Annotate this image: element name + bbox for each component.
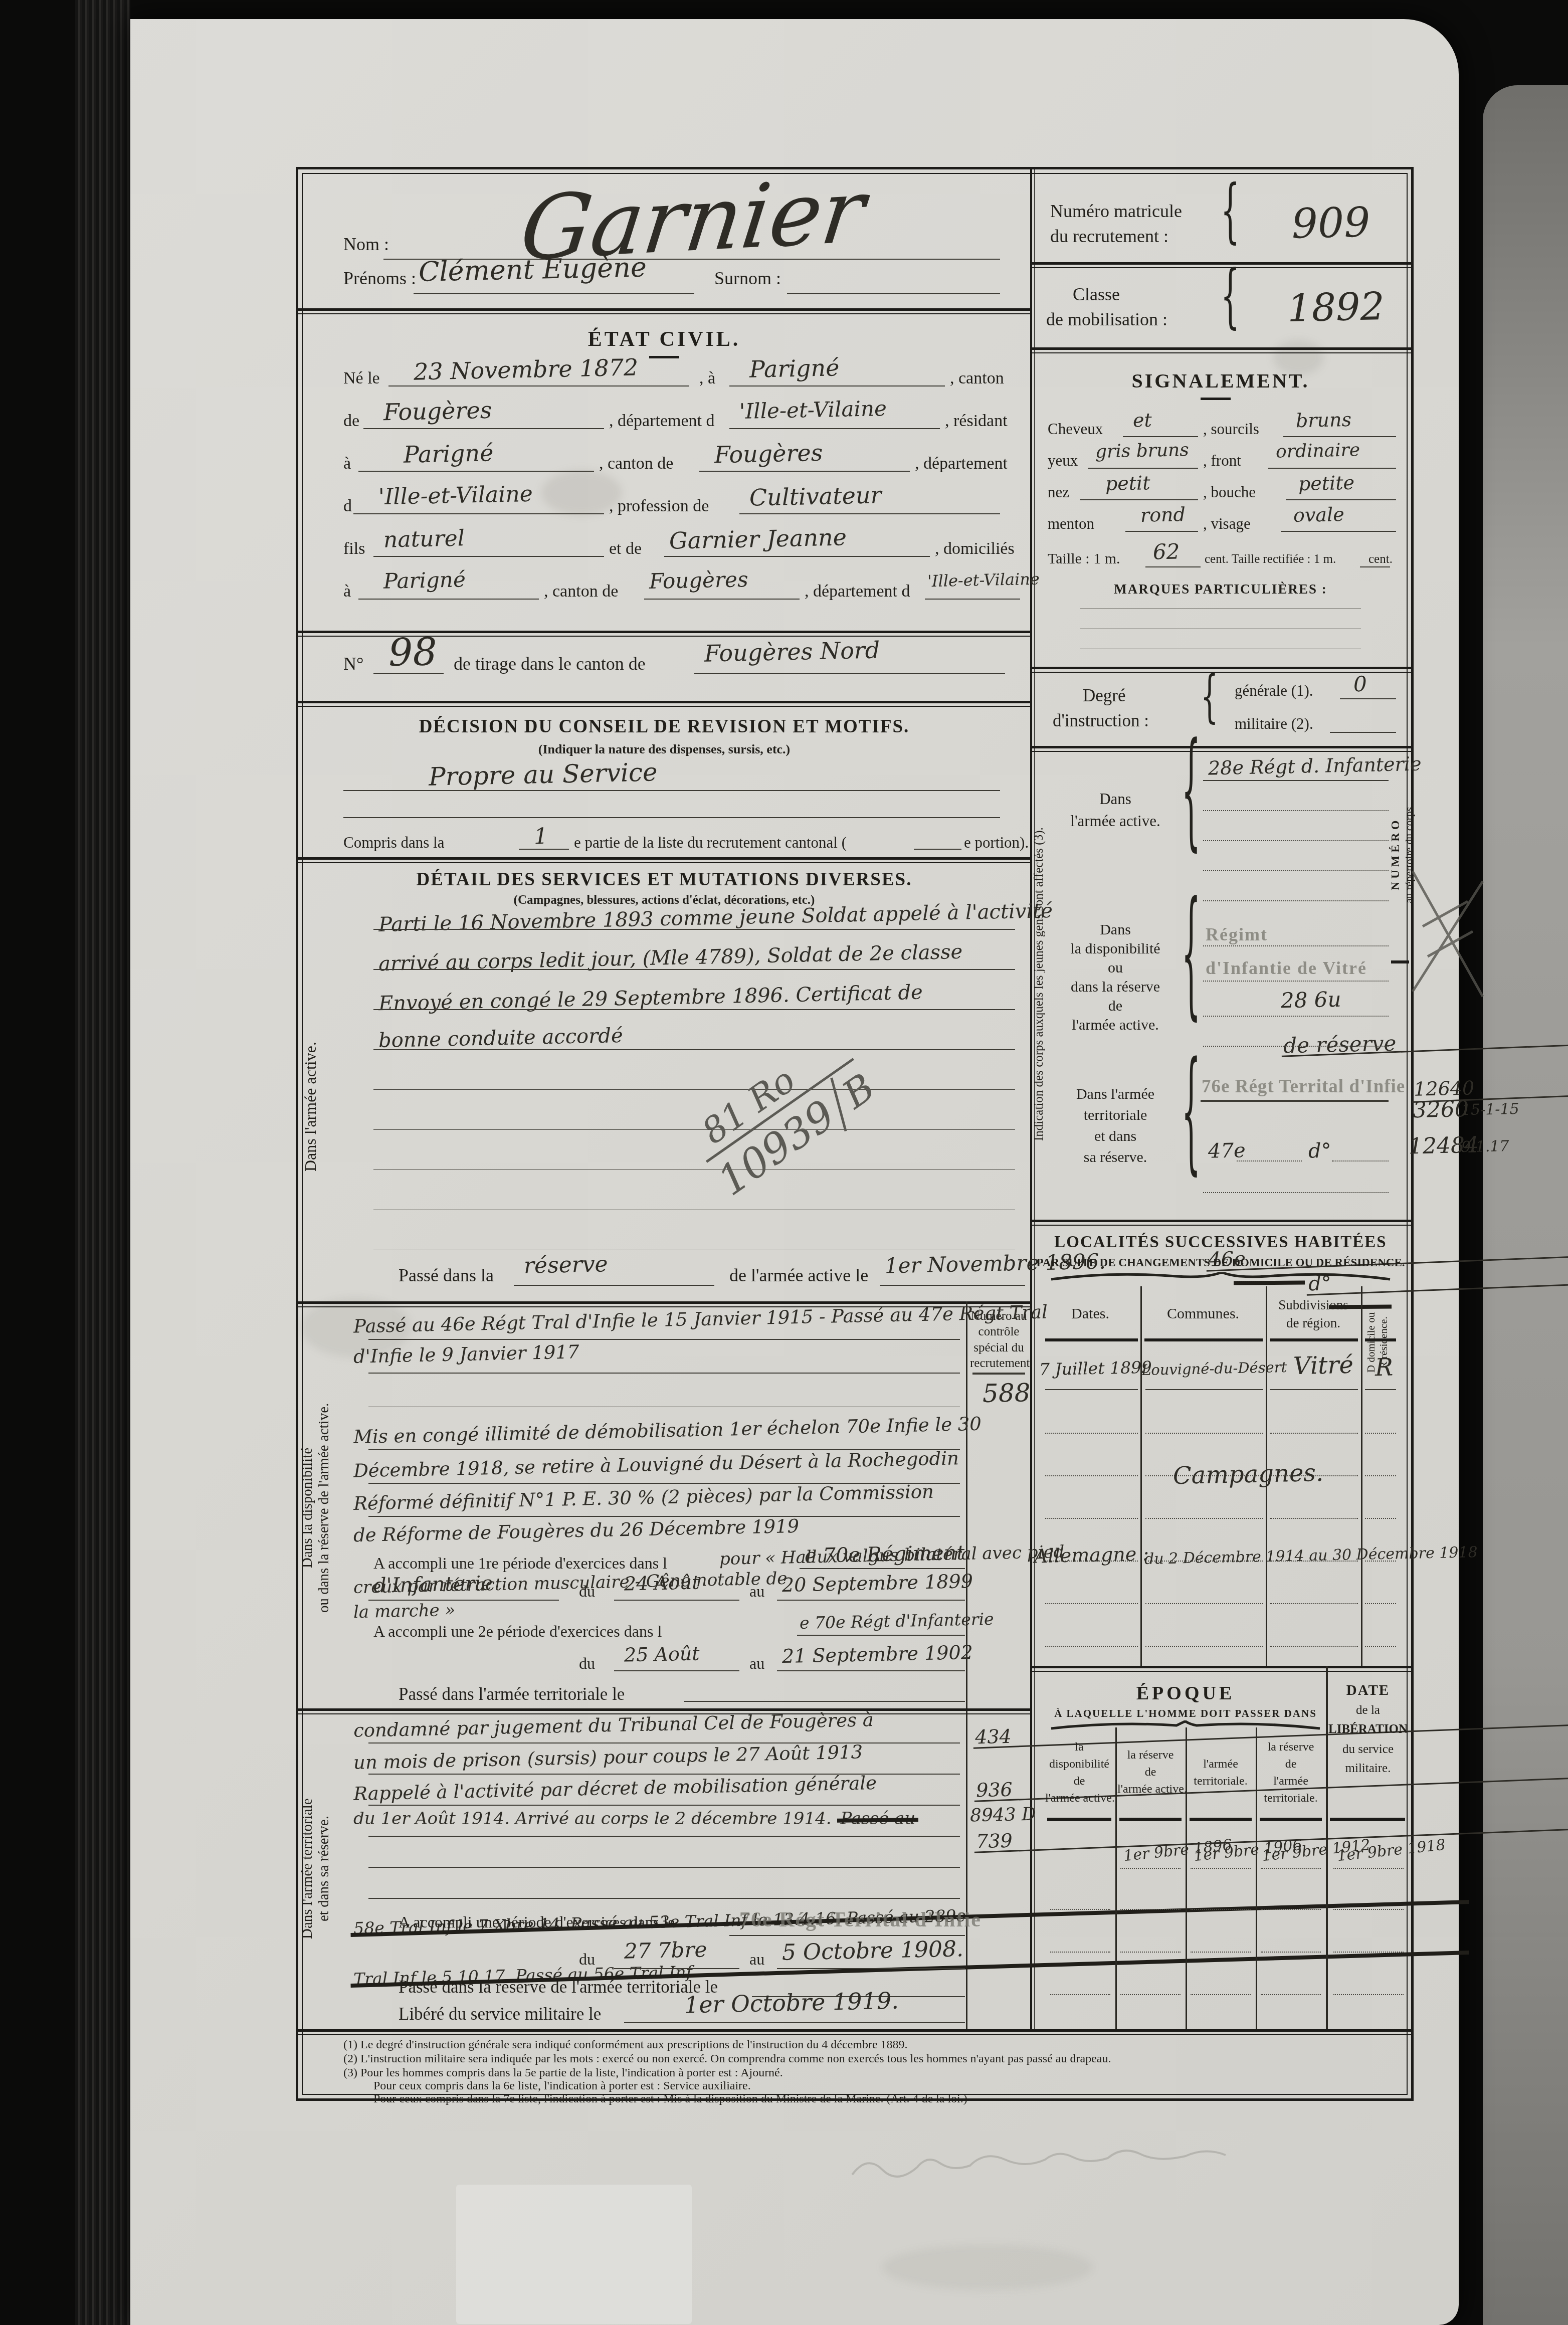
- ruled-line: [373, 1089, 1015, 1090]
- decision-line: [343, 817, 1000, 818]
- sig-nez-label: nez: [1048, 483, 1069, 501]
- ruled-line: [368, 1373, 960, 1374]
- tirage-no-label: N°: [343, 653, 363, 674]
- epoque-line: [1261, 1909, 1321, 1910]
- corps-g3-label-2: territoriale: [1050, 1107, 1181, 1124]
- tirage-value: 98: [388, 629, 438, 675]
- ec-l1-label3: , canton: [950, 369, 1004, 388]
- localites-col-divider: [1140, 1286, 1142, 1666]
- ec-l2-label2: , département d: [609, 412, 715, 431]
- corps-g2-label-3: ou: [1050, 959, 1181, 977]
- faint-pencil-note: [847, 2145, 1308, 2195]
- corps-g3-label-3: et dans: [1050, 1128, 1181, 1145]
- localites-line: [1270, 1518, 1358, 1519]
- epoque-line: [1191, 1868, 1251, 1869]
- epoque-line: [1050, 1994, 1110, 1995]
- corps-g1-value: 28e Régt d. Infanterie: [1208, 753, 1422, 780]
- epoque-line: [1050, 1952, 1110, 1953]
- ec-l4-hand2: Cultivateur: [749, 481, 882, 511]
- epoque-c3-2: territoriale.: [1188, 1775, 1254, 1788]
- corps-g2-label-5: de: [1050, 998, 1181, 1015]
- dispo-hand-2a: Mis en congé illimité de démobilisation …: [353, 1413, 982, 1448]
- compris-label1: Compris dans la: [343, 834, 445, 852]
- epoque-line: [1120, 1952, 1181, 1953]
- pencil-cross-mark: [1408, 866, 1488, 1007]
- instruction-generale-value: 0: [1353, 672, 1367, 697]
- services-hand-2: arrivé au corps ledit jour, (Mle 4789), …: [378, 940, 963, 976]
- ruled-line: [373, 1049, 1015, 1050]
- sig-menton-label: menton: [1048, 515, 1094, 533]
- passe-line: [880, 1285, 1025, 1286]
- decision-line: [343, 790, 1000, 791]
- footnote-2: (2) L'instruction militaire sera indiqué…: [343, 2052, 1111, 2066]
- passe-reserve-label2: de l'armée active le: [729, 1265, 868, 1286]
- services-title: DÉTAIL DES SERVICES ET MUTATIONS DIVERSE…: [298, 869, 1030, 890]
- corps-g1-label-2: l'armée active.: [1050, 812, 1181, 830]
- section-rule: [298, 701, 1030, 707]
- epoque-c2-2: de: [1117, 1766, 1184, 1779]
- classe-value: 1892: [1275, 283, 1397, 330]
- periode1-du: du: [579, 1582, 595, 1601]
- passe-reserve-label1: Passé dans la: [399, 1265, 494, 1286]
- signature-nom: Garnier: [515, 160, 870, 280]
- terr-hand-4a: du 1er Août 1914. Arrivé au corps le 2 d…: [353, 1809, 831, 1829]
- corps-g2-stamp-1: Régimt: [1206, 924, 1268, 945]
- dispo-hand-2b: Décembre 1918, se retire à Louvigné du D…: [353, 1447, 959, 1481]
- periode1-to: 20 Septembre 1899: [782, 1570, 973, 1596]
- ruled-line: [614, 1968, 739, 1969]
- ec-line: [353, 513, 604, 514]
- ec-l4-label2: , profession de: [609, 497, 709, 516]
- localites-line: [1365, 1518, 1396, 1519]
- localites-head-rule: [1144, 1338, 1263, 1341]
- matricule-value: 909: [1265, 198, 1397, 248]
- ec-line: [358, 471, 594, 472]
- epoque-line: [1261, 1868, 1321, 1869]
- epoque-line: [1261, 1994, 1321, 1995]
- localites-line: [1365, 1603, 1396, 1604]
- ec-line: [925, 599, 1020, 600]
- periode-terr-du: du: [579, 1950, 595, 1969]
- ec-line: [729, 428, 940, 429]
- epoque-line: [1333, 1952, 1404, 1953]
- localites-line: [1045, 1433, 1138, 1434]
- side-label-corps: Indication des corps auxquels les jeunes…: [1032, 751, 1048, 1217]
- localites-line: [1365, 1475, 1396, 1476]
- corps-g2-stamp-2: d'Infantie de Vitré: [1206, 957, 1367, 979]
- localites-line: [1270, 1603, 1358, 1604]
- ec-l2-hand1: Fougères: [383, 397, 492, 426]
- sig-line: [1080, 499, 1198, 500]
- localites-row-dr: R: [1375, 1353, 1393, 1382]
- epoque-c2-1: la réserve: [1117, 1749, 1184, 1762]
- sig-cheveux-value: et: [1133, 409, 1152, 432]
- periode-terr-from: 27 7bre: [624, 1937, 707, 1963]
- ec-l5-hand1: naturel: [383, 525, 465, 552]
- sig-front-value: ordinaire: [1276, 440, 1360, 462]
- sig-visage-value: ovale: [1293, 503, 1345, 526]
- corps-g2-label-4: dans la réserve: [1050, 979, 1181, 996]
- sig-line: [1125, 531, 1198, 532]
- ruled-line: [624, 2022, 965, 2023]
- corps-47-dito: d°: [1308, 1139, 1332, 1163]
- sig-nez-value: petit: [1105, 472, 1150, 495]
- campagne-pays: Allemagne :: [1034, 1543, 1149, 1568]
- marques-line: [1080, 629, 1361, 629]
- sig-sourcils-value: bruns: [1296, 409, 1352, 432]
- ec-l3-hand2: Fougères: [714, 439, 823, 469]
- sig-line: [1123, 436, 1198, 437]
- pencil-registry-mark: 81 Ro 10939 B: [682, 1024, 886, 1208]
- libere-value: 1er Octobre 1919.: [684, 1987, 899, 2019]
- ec-line: [699, 471, 910, 472]
- localites-head-rule: [1270, 1338, 1358, 1341]
- numero-corps-1: NUMÉRO: [1389, 753, 1403, 954]
- localites-line: [1045, 1646, 1138, 1647]
- epoque-date-5: militaire.: [1328, 1762, 1408, 1776]
- corps-line: [1203, 870, 1389, 871]
- periode2-hand: e 70e Régt d'Infanterie: [800, 1609, 994, 1633]
- ec-l2-label1: de: [343, 412, 359, 431]
- epoque-c2-3: l'armée active.: [1117, 1783, 1184, 1796]
- epoque-line: [1191, 1994, 1251, 1995]
- margin-number-4: 8943 D: [970, 1804, 1037, 1826]
- instruction-label-1: Degré: [1083, 686, 1126, 706]
- section-rule: [298, 857, 1030, 863]
- ec-line: [388, 385, 689, 386]
- footnote-4: Pour ceux compris dans la 6e liste, l'in…: [373, 2079, 751, 2093]
- localites-line: [1145, 1518, 1263, 1519]
- periode1-from: 24 Août: [624, 1571, 700, 1595]
- epoque-c1-4: l'armée active.: [1045, 1792, 1113, 1805]
- surnom-label: Surnom :: [714, 268, 781, 289]
- ec-l5-label1: fils: [343, 539, 365, 558]
- sig-line: [1283, 436, 1396, 437]
- passe-line: [514, 1285, 714, 1286]
- libere-label: Libéré du service militaire le: [399, 2004, 601, 2024]
- paper-stain: [882, 2245, 1093, 2290]
- tirage-line: [694, 673, 1005, 674]
- ec-line: [373, 556, 604, 557]
- periode-terr-stamp: 76e Régt Territal d'Infie: [739, 1908, 982, 1932]
- corps-g1-label-1: Dans: [1050, 790, 1181, 808]
- localites-row-date: 7 Juillet 1899: [1039, 1358, 1152, 1380]
- ec-line: [739, 513, 1000, 514]
- ruled-line: [373, 1210, 1015, 1210]
- epoque-line: [1191, 1909, 1251, 1910]
- localites-col-dates: Dates.: [1045, 1305, 1135, 1322]
- ec-l3-label3: , département: [915, 454, 1008, 473]
- localites-head-rule: [1365, 1338, 1396, 1341]
- localites-line: [1270, 1646, 1358, 1647]
- localites-line: [1145, 1389, 1263, 1390]
- epoque-line: [1120, 1868, 1181, 1869]
- ruled-line: [368, 1898, 960, 1899]
- epoque-subtitle: À LAQUELLE L'HOMME DOIT PASSER DANS: [1045, 1707, 1326, 1720]
- side-label-armee-active: Dans l'armée active.: [301, 951, 321, 1262]
- services-hand-3: Envoyé en congé le 29 Septembre 1896. Ce…: [378, 981, 923, 1016]
- periode2-to: 21 Septembre 1902: [782, 1641, 973, 1667]
- ruled-line: [368, 1339, 960, 1340]
- ec-l3-label1: à: [343, 454, 351, 473]
- ec-l6-label3: , département d: [805, 582, 910, 601]
- sig-cheveux-label: Cheveux: [1048, 420, 1103, 438]
- localites-line: [1365, 1433, 1396, 1434]
- compris-line: [519, 849, 569, 850]
- corps-line: [1203, 945, 1389, 946]
- compris-value: 1: [533, 824, 548, 850]
- passe-reserve-terr-label: Passé dans la réserve de l'armée territo…: [399, 1977, 718, 1997]
- localites-title-2: PAR SUITE DE CHANGEMENTS DE DOMICILE OU …: [1030, 1256, 1411, 1269]
- dispo-hand-3a: Réformé définitif N°1 P. E. 30 % (2 pièc…: [353, 1481, 934, 1514]
- ruled-line: [373, 1170, 1015, 1170]
- epoque-line: [1261, 1952, 1321, 1953]
- marques-line: [1080, 609, 1361, 609]
- ec-l2-label3: , résidant: [945, 412, 1008, 431]
- epoque-line: [1120, 1909, 1181, 1910]
- epoque-col-divider: [1256, 1727, 1257, 2029]
- epoque-c4-4: territoriale.: [1258, 1792, 1324, 1805]
- epoque-c1-2: disponibilité: [1045, 1758, 1113, 1771]
- campagne-dates: du 2 Décembre 1914 au 30 Décembre 1918: [1144, 1543, 1478, 1568]
- taille-cent-label: cent.: [1368, 552, 1393, 566]
- signalement-title: SIGNALEMENT.: [1030, 369, 1411, 393]
- localites-line: [1045, 1518, 1138, 1519]
- ruled-line: [373, 929, 1015, 930]
- sig-visage-label: , visage: [1203, 515, 1251, 533]
- epoque-c4-3: l'armée: [1258, 1775, 1324, 1788]
- periode2-from: 25 Août: [624, 1642, 700, 1666]
- compris-label3: e portion).: [964, 834, 1029, 852]
- localites-col-subdiv-1: Subdivisions: [1268, 1297, 1358, 1313]
- epoque-col-divider: [1186, 1727, 1187, 2029]
- localites-col-subdiv-2: de région.: [1268, 1315, 1358, 1331]
- ec-l5-label2: et de: [609, 539, 642, 558]
- corps-g3-brace: {: [1182, 1035, 1201, 1189]
- epoque-line: [1333, 1994, 1404, 1995]
- marques-label: MARQUES PARTICULIÈRES :: [1030, 582, 1411, 597]
- right-rule: [1030, 347, 1411, 353]
- adjacent-page-edge: [1483, 85, 1568, 2325]
- ec-l4-hand1: 'Ille-et-Vilaine: [378, 481, 533, 510]
- periode2-au: au: [749, 1654, 764, 1673]
- ec-line: [358, 599, 539, 600]
- epoque-line: [1050, 1909, 1110, 1910]
- title-rule: [1201, 398, 1231, 400]
- corps-numero-46: 3260: [1412, 1096, 1469, 1123]
- ruled-line: [729, 1935, 965, 1936]
- sig-bouche-value: petite: [1298, 472, 1355, 495]
- corps-g2-value: 28 6u: [1281, 987, 1342, 1013]
- pencil-mark-letter: B: [834, 1064, 883, 1117]
- corps-g2-label-1: Dans: [1050, 921, 1181, 938]
- ec-l3-hand1: Parigné: [403, 439, 493, 468]
- footnotes-rule: [298, 2029, 1411, 2035]
- nom-label: Nom :: [343, 234, 389, 255]
- localites-head-rule: [1045, 1338, 1138, 1341]
- sig-line: [1286, 499, 1396, 500]
- ruled-line: [777, 1670, 965, 1671]
- periode2-du: du: [579, 1654, 595, 1673]
- corps-line: [1203, 840, 1389, 841]
- ruled-line: [368, 1600, 559, 1601]
- ruled-line: [800, 1568, 965, 1569]
- epoque-c4-2: de: [1258, 1758, 1324, 1771]
- controle-value: 588: [982, 1378, 1031, 1408]
- epoque-line: [1191, 1952, 1251, 1953]
- ruled-line: [777, 1968, 965, 1969]
- ec-l1-label2: , à: [699, 369, 715, 388]
- taille-label: Taille : 1 m.: [1048, 550, 1120, 567]
- taille-rectifiee-label: cent. Taille rectifiée : 1 m.: [1205, 552, 1336, 566]
- corps-g3-stamp: 76e Régt Territal d'Infie: [1202, 1076, 1405, 1097]
- corps-line: [1203, 1046, 1389, 1047]
- ruled-line: [368, 1805, 960, 1806]
- ruled-line: [777, 1600, 965, 1601]
- periode-terr-au: au: [749, 1950, 764, 1969]
- corps-line: [1203, 981, 1389, 982]
- instruction-line: [1330, 732, 1396, 733]
- decision-value: Propre au Service: [428, 757, 658, 792]
- controle-rule: [972, 1373, 1025, 1375]
- corps-g2-label-2: la disponibilité: [1050, 940, 1181, 957]
- epoque-date-2: de la: [1328, 1703, 1408, 1717]
- corps-line: [1203, 1192, 1389, 1193]
- epoque-line: [1333, 1909, 1404, 1910]
- periode1-hand2: d'Infanterie: [373, 1572, 493, 1598]
- terr-hand-3: Rappelé à l'activité par décret de mobil…: [353, 1772, 877, 1805]
- epoque-head-rule: [1260, 1818, 1322, 1821]
- localites-line: [1045, 1475, 1138, 1476]
- decision-subtitle: (Indiquer la nature des dispenses, sursi…: [298, 742, 1030, 757]
- sig-line: [1281, 531, 1396, 532]
- sig-line: [1268, 468, 1396, 469]
- ruled-line: [684, 1701, 965, 1702]
- compris-label2: e partie de la liste du recrutement cant…: [574, 834, 847, 852]
- periode-terr-label: A accompli une période d'exercices dans …: [399, 1913, 675, 1931]
- passe-reserve-hand1: réserve: [523, 1251, 608, 1278]
- instruction-label-2: d'instruction :: [1053, 711, 1149, 731]
- footnote-3: (3) Pour les hommes compris dans la 5e p…: [343, 2066, 783, 2080]
- corps-g2-label-6: l'armée active.: [1050, 1017, 1181, 1034]
- sig-yeux-value: gris bruns: [1095, 440, 1190, 462]
- ec-l5-label3: , domiciliés: [935, 539, 1015, 558]
- ec-l6-hand1: Parigné: [383, 567, 466, 593]
- ruled-line: [373, 1009, 1015, 1010]
- numero-corps-rule: [1391, 960, 1409, 963]
- tirage-canton: Fougères Nord: [704, 636, 880, 667]
- epoque-date-3: LIBÉRATION: [1328, 1722, 1408, 1736]
- side-label-dispo-1: Dans la disponibilité: [299, 1322, 316, 1693]
- epoque-date-1: DATE: [1328, 1682, 1408, 1699]
- ec-l6-hand2: Fougères: [649, 567, 748, 594]
- epoque-c3-1: l'armée: [1188, 1758, 1254, 1771]
- epoque-c4-1: la réserve: [1258, 1740, 1324, 1754]
- side-label-dispo-2: ou dans la réserve de l'armée active.: [316, 1322, 332, 1693]
- right-rule: [1030, 746, 1411, 752]
- localites-col-divider: [1361, 1286, 1362, 1666]
- corps-line: [1332, 1160, 1389, 1161]
- ec-l6-hand3: 'Ille-et-Vilaine: [927, 569, 1040, 591]
- localites-line: [1365, 1389, 1396, 1390]
- campagnes-heading: Campagnes.: [1172, 1459, 1323, 1490]
- ruled-line: [373, 1250, 1015, 1250]
- epoque-title: ÉPOQUE: [1045, 1682, 1326, 1704]
- decision-title: DÉCISION DU CONSEIL DE REVISION ET MOTIF…: [298, 716, 1030, 737]
- flourish-rule: [1050, 1272, 1391, 1285]
- localites-title-1: LOCALITÉS SUCCESSIVES HABITÉES: [1030, 1233, 1411, 1252]
- marques-line: [1080, 649, 1361, 649]
- instruction-generale-label: générale (1).: [1235, 682, 1313, 700]
- localites-row-commune: Louvigné-du-Désert: [1141, 1359, 1287, 1379]
- localites-line: [1145, 1646, 1263, 1647]
- ruled-line: [368, 1836, 960, 1837]
- localites-col-communes: Communes.: [1143, 1305, 1263, 1322]
- epoque-head-rule: [1190, 1818, 1252, 1821]
- section-rule: [298, 308, 1030, 314]
- right-rule: [1030, 1220, 1411, 1226]
- side-label-territoriale: Dans l'armée territoriale et dans sa rés…: [299, 1728, 332, 2009]
- epoque-col-divider: [1115, 1727, 1117, 2029]
- document-page: Garnier 12640 3260 15-1-15 12484 9.1.17 …: [130, 19, 1459, 2325]
- periode-terr-to: 5 Octobre 1908.: [782, 1936, 964, 1966]
- taille-line: [1145, 566, 1201, 567]
- corps-line: [1201, 1100, 1389, 1102]
- localites-line: [1045, 1603, 1138, 1604]
- ruled-line: [797, 1635, 965, 1636]
- prenoms-label: Prénoms :: [343, 268, 416, 289]
- form-frame: Nom : Prénoms : Clément Eugène Surnom : …: [296, 167, 1414, 2101]
- tape-mark: [456, 2185, 692, 2324]
- taille-line2: [1360, 566, 1390, 567]
- book-gutter-page-edges: [75, 0, 130, 2325]
- sig-line: [1088, 468, 1198, 469]
- classe-brace: {: [1221, 256, 1240, 337]
- surnom-line: [787, 293, 1000, 294]
- ec-l3-label2: , canton de: [599, 454, 673, 473]
- instruction-line: [1340, 698, 1396, 699]
- periode1-hand: e 70e Régiment: [805, 1541, 965, 1568]
- localites-line: [1145, 1433, 1263, 1434]
- terr-hand-4b-struck: Passé au: [840, 1809, 915, 1829]
- taille-value: 62: [1152, 539, 1180, 564]
- localites-line: [1270, 1389, 1358, 1390]
- ec-l5-hand2: Garnier Jeanne: [669, 523, 847, 554]
- sig-bouche-label: , bouche: [1203, 483, 1256, 501]
- side-label-disponibilite: Dans la disponibilité ou dans la réserve…: [299, 1322, 332, 1693]
- dispo-hand-1b: d'Infie le 9 Janvier 1917: [353, 1341, 579, 1367]
- ec-line: [729, 385, 945, 386]
- classe-label-1: Classe: [1073, 284, 1120, 305]
- ruled-line: [368, 1742, 960, 1743]
- passe-territoriale-label: Passé dans l'armée territoriale le: [399, 1684, 625, 1704]
- sig-sourcils-label: , sourcils: [1203, 420, 1259, 438]
- ec-line: [664, 556, 930, 557]
- prenoms-line: [414, 293, 694, 294]
- epoque-head-rule: [1047, 1818, 1111, 1821]
- corps-g2-brace: {: [1182, 873, 1201, 1035]
- matricule-label-2: du recrutement :: [1050, 226, 1168, 247]
- ruled-line: [368, 1407, 960, 1407]
- ec-l6-label2: , canton de: [544, 582, 618, 601]
- footnote-1: (1) Le degré d'instruction générale sera…: [343, 2038, 908, 2052]
- ruled-line: [368, 1867, 960, 1868]
- services-hand-4: bonne conduite accordé: [378, 1024, 623, 1052]
- corps-line: [1203, 900, 1389, 901]
- tirage-mid-label: de tirage dans le canton de: [454, 653, 646, 674]
- tirage-line: [373, 673, 444, 674]
- instruction-militaire-label: militaire (2).: [1235, 715, 1313, 733]
